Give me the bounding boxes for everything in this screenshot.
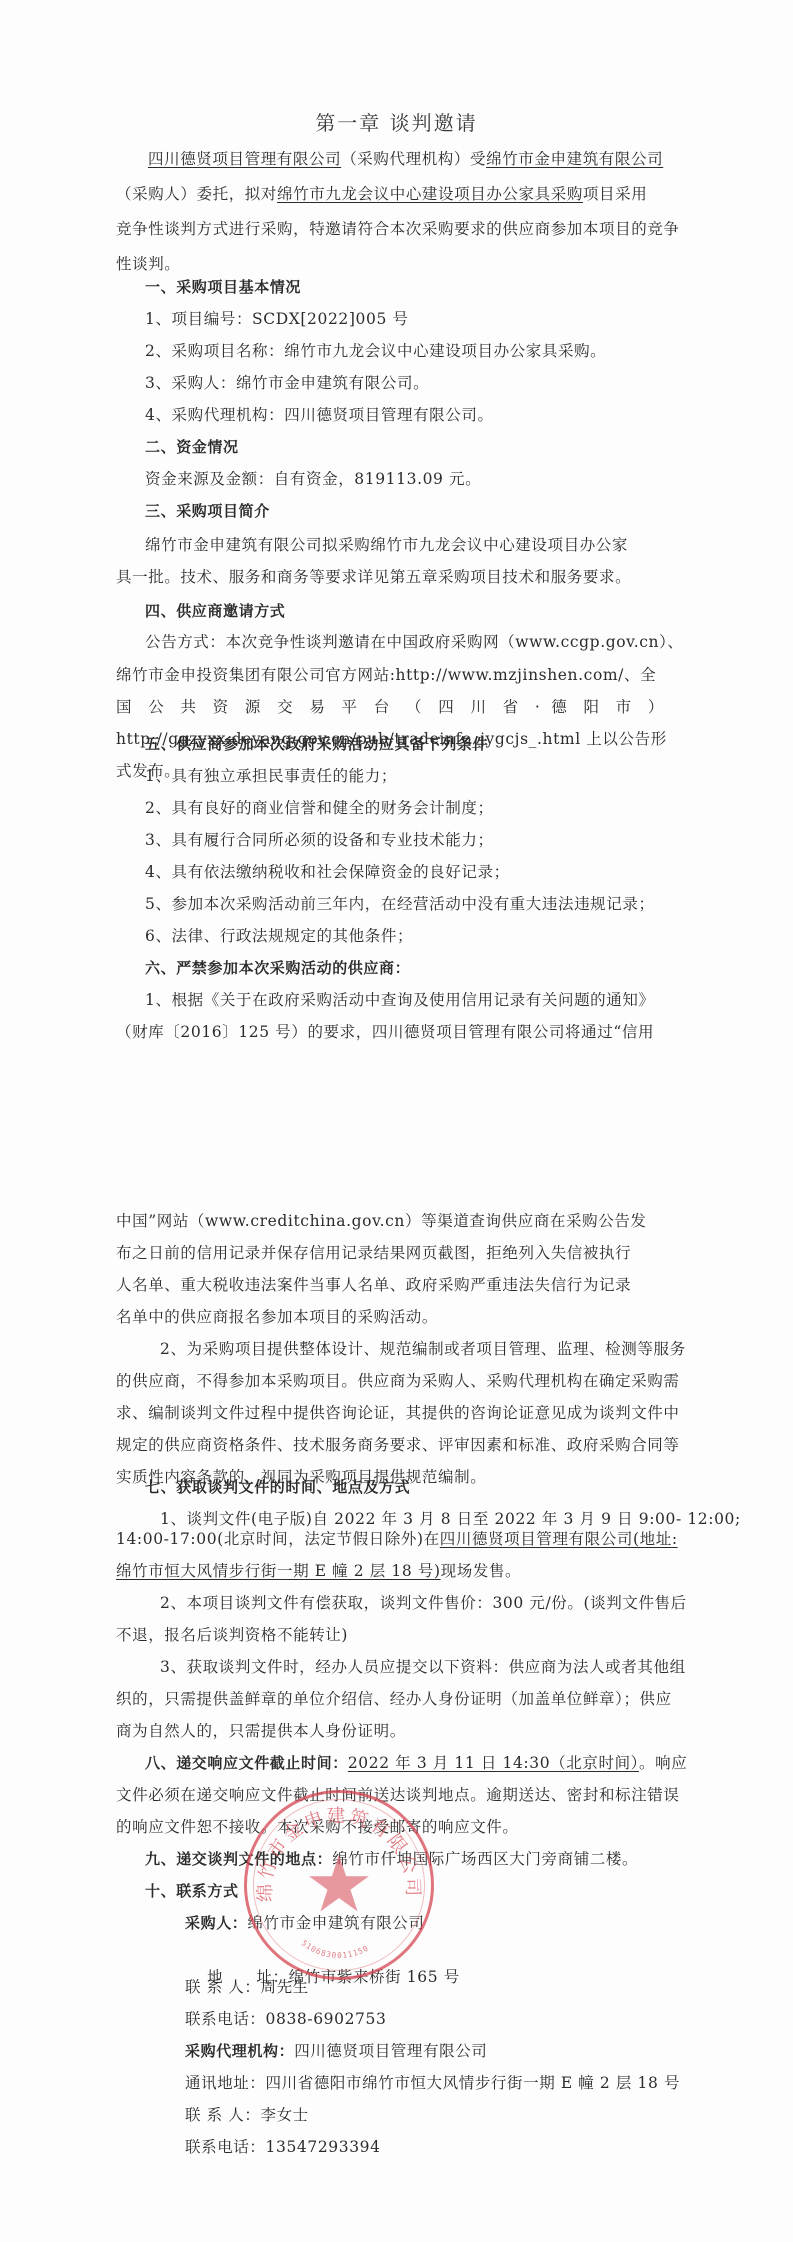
agency-address-row: 通讯地址：四川省德阳市绵竹市恒大风情步行街一期 E 幢 2 层 18 号 xyxy=(185,2072,733,2094)
purchaser-name: 绵竹市金申建筑有限公司 xyxy=(486,150,663,168)
purchaser-row: 采购人：绵竹市金申建筑有限公司 xyxy=(185,1912,733,1934)
purchaser-contact-row: 联 系 人：周先生 xyxy=(185,1976,733,1998)
document-page: 第一章 谈判邀请 四川德贤项目管理有限公司（采购代理机构）受绵竹市金申建筑有限公… xyxy=(0,0,793,2242)
s6-line-2: （财库〔2016〕125 号）的要求，四川德贤项目管理有限公司将通过“信用 xyxy=(116,1021,664,1043)
s2-text: 资金来源及金额：自有资金，819113.09 元。 xyxy=(145,468,693,490)
phone-label: 联系电话： xyxy=(185,2138,266,2156)
s1-item-3: 3、采购人：绵竹市金申建筑有限公司。 xyxy=(145,372,693,394)
s9-location: 绵竹市仟坤国际广场西区大门旁商铺二楼。 xyxy=(332,1850,638,1868)
section-10-heading: 十、联系方式 xyxy=(145,1880,693,1902)
agency-phone-row: 联系电话：13547293394 xyxy=(185,2136,733,2158)
agency-name: 四川德贤项目管理有限公司 xyxy=(148,150,341,168)
s5-item-1: 1、具有独立承担民事责任的能力； xyxy=(145,765,693,787)
section-5-heading: 五、供应商参加本次政府采购活动应具备下列条件 xyxy=(145,733,693,755)
s7-sale-text: 现场发售。 xyxy=(441,1562,522,1580)
s7-item3-line-1: 3、获取谈判文件时，经办人员应提交以下资料：供应商为法人或者其他组 xyxy=(160,1656,664,1678)
s6-p2-line-6: 的供应商，不得参加本采购项目。供应商为采购人、采购代理机构在确定采购需 xyxy=(116,1370,664,1392)
agency-value: 四川德贤项目管理有限公司 xyxy=(294,2042,487,2060)
agency-role: （采购代理机构）受 xyxy=(341,150,486,168)
s3-line-2: 具一批。技术、服务和商务等要求详见第五章采购项目技术和服务要求。 xyxy=(116,566,664,588)
phone-label: 联系电话： xyxy=(185,2010,266,2028)
section-9-line: 九、递交谈判文件的地点：绵竹市仟坤国际广场西区大门旁商铺二楼。 xyxy=(145,1848,693,1870)
s7-venue-underlined: 四川德贤项目管理有限公司(地址: xyxy=(440,1530,678,1548)
agency-contact-row: 联 系 人：李女士 xyxy=(185,2104,733,2126)
s6-p2-line-8: 规定的供应商资格条件、技术服务商务要求、评审因素和标准、政府采购合同等 xyxy=(116,1434,664,1456)
s6-p2-line-1: 中国”网站（www.creditchina.gov.cn）等渠道查询供应商在采购… xyxy=(116,1210,664,1232)
s7-item1-line-2: 14:00-17:00(北京时间，法定节假日除外)在四川德贤项目管理有限公司(地… xyxy=(116,1528,664,1550)
intro-line-3: 竞争性谈判方式进行采购，特邀请符合本次采购要求的供应商参加本项目的竞争 xyxy=(116,218,664,240)
intro-tail: 项目采用 xyxy=(583,185,647,203)
purchaser-phone: 0838-6902753 xyxy=(266,2010,387,2028)
s6-line-1: 1、根据《关于在政府采购活动中查询及使用信用记录有关问题的通知》 xyxy=(145,989,664,1011)
s7-item3-line-2: 织的，只需提供盖鲜章的单位介绍信、经办人身份证明（加盖单位鲜章）；供应 xyxy=(116,1688,664,1710)
intro-line-4: 性谈判。 xyxy=(116,253,664,275)
agency-contact: 李女士 xyxy=(260,2106,308,2124)
s6-p2-line-7: 求、编制谈判文件过程中提供咨询论证，其提供的咨询论证意见成为谈判文件中 xyxy=(116,1402,664,1424)
s5-item-6: 6、法律、行政法规规定的其他条件； xyxy=(145,925,693,947)
s6-p2-line-5: 2、为采购项目提供整体设计、规范编制或者项目管理、监理、检测等服务 xyxy=(160,1338,708,1360)
s7-item2-line-1: 2、本项目谈判文件有偿获取，谈判文件售价：300 元/份。(谈判文件售后 xyxy=(160,1592,664,1614)
agency-address: 四川省德阳市绵竹市恒大风情步行街一期 E 幢 2 层 18 号 xyxy=(266,2074,681,2092)
purchaser-value: 绵竹市金申建筑有限公司 xyxy=(247,1914,424,1932)
s6-p2-line-2: 布之日前的信用记录并保存信用记录结果网页截图，拒绝列入失信被执行 xyxy=(116,1242,664,1264)
agency-label: 采购代理机构： xyxy=(185,2042,294,2060)
s5-item-5: 5、参加本次采购活动前三年内，在经营活动中没有重大违法违规记录； xyxy=(145,893,693,915)
s5-item-4: 4、具有依法缴纳税收和社会保障资金的良好记录； xyxy=(145,861,693,883)
s7-item1-line-3: 绵竹市恒大风情步行街一期 E 幢 2 层 18 号)现场发售。 xyxy=(116,1560,664,1582)
section-7-heading: 七、获取谈判文件的时间、地点及方式 xyxy=(145,1476,693,1498)
s7-address-underlined: 绵竹市恒大风情步行街一期 E 幢 2 层 18 号) xyxy=(116,1562,441,1580)
s7-item3-line-3: 商为自然人的，只需提供本人身份证明。 xyxy=(116,1720,664,1742)
section-2-heading: 二、资金情况 xyxy=(145,436,693,458)
s6-p2-line-3: 人名单、重大税收违法案件当事人名单、政府采购严重违法失信行为记录 xyxy=(116,1274,664,1296)
s4-line-1: 公告方式：本次竞争性谈判邀请在中国政府采购网（www.ccgp.gov.cn）、 xyxy=(145,631,664,653)
purchaser-contact: 周先生 xyxy=(260,1978,308,1996)
purchaser-label: 采购人： xyxy=(185,1914,247,1932)
s1-item-1: 1、项目编号：SCDX[2022]005 号 xyxy=(145,308,693,330)
s7-item2-line-2: 不退，报名后谈判资格不能转让) xyxy=(116,1624,664,1646)
purchaser-role: （采购人）委托，拟对 xyxy=(116,185,277,203)
s8-tail: 。响应 xyxy=(639,1754,687,1772)
section-1-heading: 一、采购项目基本情况 xyxy=(145,276,693,298)
agency-phone: 13547293394 xyxy=(266,2138,381,2156)
section-6-heading: 六、严禁参加本次采购活动的供应商： xyxy=(145,957,693,979)
section-3-heading: 三、采购项目简介 xyxy=(145,500,693,522)
chapter-title: 第一章 谈判邀请 xyxy=(0,107,793,136)
purchaser-phone-row: 联系电话：0838-6902753 xyxy=(185,2008,733,2030)
agency-row: 采购代理机构：四川德贤项目管理有限公司 xyxy=(185,2040,733,2062)
section-4-heading: 四、供应商邀请方式 xyxy=(145,600,693,622)
contact-label: 联 系 人： xyxy=(185,2106,260,2124)
section-9-heading: 九、递交谈判文件的地点： xyxy=(145,1850,332,1868)
s1-item-2: 2、采购项目名称：绵竹市九龙会议中心建设项目办公家具采购。 xyxy=(145,340,693,362)
s5-item-3: 3、具有履行合同所必须的设备和专业技术能力； xyxy=(145,829,693,851)
s7-item1-line-1: 1、谈判文件(电子版)自 2022 年 3 月 8 日至 2022 年 3 月 … xyxy=(160,1508,664,1530)
s8-line-2: 文件必须在递交响应文件截止时间前送达谈判地点。逾期送达、密封和标注错误 xyxy=(116,1784,664,1806)
s6-p2-line-4: 名单中的供应商报名参加本项目的采购活动。 xyxy=(116,1306,664,1328)
s5-item-2: 2、具有良好的商业信誉和健全的财务会计制度； xyxy=(145,797,693,819)
s8-line-3: 的响应文件恕不接收。本次采购不接受邮寄的响应文件。 xyxy=(116,1816,664,1838)
address-label: 通讯地址： xyxy=(185,2074,266,2092)
s3-line-1: 绵竹市金申建筑有限公司拟采购绵竹市九龙会议中心建设项目办公家 xyxy=(145,534,664,556)
s1-item-4: 4、采购代理机构：四川德贤项目管理有限公司。 xyxy=(145,404,693,426)
project-name: 绵竹市九龙会议中心建设项目办公家具采购 xyxy=(277,185,583,203)
section-8-line-1: 八、递交响应文件截止时间：2022 年 3 月 11 日 14:30（北京时间）… xyxy=(145,1752,664,1774)
intro-line-2: （采购人）委托，拟对绵竹市九龙会议中心建设项目办公家具采购项目采用 xyxy=(116,183,664,205)
intro-line-1: 四川德贤项目管理有限公司（采购代理机构）受绵竹市金申建筑有限公司 xyxy=(148,148,664,170)
submission-deadline: 2022 年 3 月 11 日 14:30（北京时间） xyxy=(348,1754,639,1772)
section-8-heading: 八、递交响应文件截止时间： xyxy=(145,1754,348,1772)
s7-time-text: 14:00-17:00(北京时间，法定节假日除外)在 xyxy=(116,1530,440,1548)
s4-line-3: 国 公 共 资 源 交 易 平 台 （ 四 川 省 · 德 阳 市 ） xyxy=(116,696,664,718)
s4-line-2: 绵竹市金申投资集团有限公司官方网站:http://www.mzjinshen.c… xyxy=(116,664,664,686)
contact-label: 联 系 人： xyxy=(185,1978,260,1996)
